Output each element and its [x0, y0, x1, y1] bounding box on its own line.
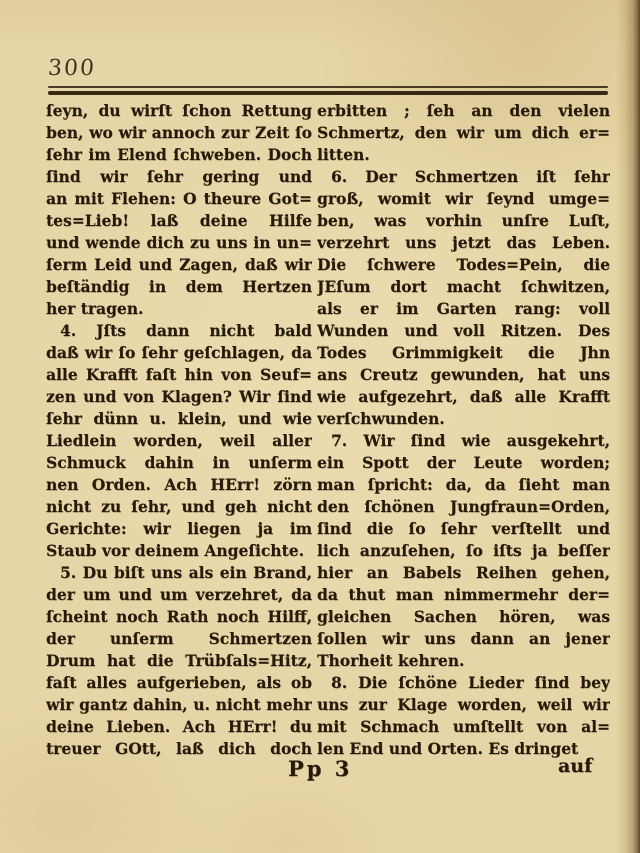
text-line: 8. Die ſchöne Lieder ſind bey	[317, 672, 610, 694]
text-line: mit Schmach umſtellt von al=	[317, 716, 610, 738]
text-line: verzehrt uns jetzt das Leben.	[317, 232, 610, 254]
text-line: 5. Du biſt uns als ein Brand,	[46, 562, 312, 584]
text-line: ſind die ſo ſehr verſtellt und heß=	[317, 518, 610, 540]
text-line: 4. Jſts dann nicht bald genug,	[46, 320, 312, 342]
text-line: beſtändig in dem Hertzen um=	[46, 276, 312, 298]
text-line: ſehr im Elend ſchweben. Doch	[46, 144, 312, 166]
page-edge-shadow	[616, 0, 640, 853]
text-line: da thut man nimmermehr der=	[317, 584, 610, 606]
text-line: ſcheint noch Rath noch Hilff,	[46, 606, 312, 628]
text-line: wir gantz dahin, u. nicht mehr	[46, 694, 312, 716]
text-line: gleichen Sachen hören, was	[317, 606, 610, 628]
text-line: 6. Der Schmertzen iſt ſehr	[317, 166, 610, 188]
text-line: her tragen.	[46, 298, 312, 320]
signature-mark: Pp 3	[288, 756, 352, 781]
text-line: deine Lieben. Ach HErr! du	[46, 716, 312, 738]
text-line: wie aufgezehrt, daß alle Krafft	[317, 386, 610, 408]
text-line: der um und um verzehret, da	[46, 584, 312, 606]
header-rule	[48, 86, 608, 95]
text-line: Gerichte: wir liegen ja im	[46, 518, 312, 540]
text-line: alle Krafft faſt hin von Seuf=	[46, 364, 312, 386]
book-page: 300 ſeyn, du wirſt ſchon Rettung ge=ben,…	[0, 0, 640, 853]
text-line: Todes Grimmigkeit die Jhn	[317, 342, 610, 364]
text-line: faſt alles aufgerieben, als ob	[46, 672, 312, 694]
text-line: lich anzuſehen, ſo iſts ja beſſer	[317, 540, 610, 562]
text-line: Drum hat die Trübſals=Hitz,	[46, 650, 312, 672]
text-line: groß, womit wir ſeynd umge=	[317, 188, 610, 210]
text-line: Liedlein worden, weil aller	[46, 430, 312, 452]
text-line: erbitten ; ſeh an den vielen	[317, 100, 610, 122]
text-line: treuer GOtt, laß dich doch eins	[46, 738, 312, 760]
text-line: 7. Wir ſind wie ausgekehrt,	[317, 430, 610, 452]
text-line: nen Orden. Ach HErr! zörn	[46, 474, 312, 496]
text-line: Schmuck dahin in unſerm rei=	[46, 452, 312, 474]
text-line: ſerm Leid und Zagen, daß wir	[46, 254, 312, 276]
text-line: tes=Lieb! laß deine Hilfe ſehen:	[46, 210, 312, 232]
text-line: man ſpricht: da, da ſieht man	[317, 474, 610, 496]
header-rule-thick	[48, 91, 608, 95]
page-number: 300	[47, 56, 97, 81]
text-line: als er im Garten rang: voll	[317, 298, 610, 320]
text-line: den ſchönen Jungfraun=Orden,	[317, 496, 610, 518]
text-line: daß wir ſo ſehr geſchlagen, da	[46, 342, 312, 364]
text-line: Thorheit kehren.	[317, 650, 610, 672]
text-line: hier an Babels Reihen gehen,	[317, 562, 610, 584]
text-line: zen und von Klagen? Wir ſind	[46, 386, 312, 408]
header-rule-thin	[48, 86, 608, 88]
text-line: uns zur Klage worden, weil wir	[317, 694, 610, 716]
text-line: ein Spott der Leute worden;	[317, 452, 610, 474]
text-line: nicht zu ſehr, und geh nicht ins	[46, 496, 312, 518]
text-line: Schmertz, den wir um dich er=	[317, 122, 610, 144]
text-column-right: erbitten ; ſeh an den vielenSchmertz, de…	[317, 100, 610, 760]
text-line: ben, wo wir annoch zur Zeit ſo	[46, 122, 312, 144]
catchword: auf	[558, 755, 592, 777]
text-line: ans Creutz gewunden, hat uns	[317, 364, 610, 386]
text-line: JEſum dort macht ſchwitzen,	[317, 276, 610, 298]
text-line: ſind wir ſehr gering und halten	[46, 166, 312, 188]
text-column-left: ſeyn, du wirſt ſchon Rettung ge=ben, wo …	[46, 100, 312, 760]
text-line: ſeyn, du wirſt ſchon Rettung ge=	[46, 100, 312, 122]
text-line: der unſerm Schmertzen wehret.	[46, 628, 312, 650]
text-line: ben, was vorhin unſre Luſt,	[317, 210, 610, 232]
text-line: Staub vor deinem Angeſichte.	[46, 540, 312, 562]
text-line: ſollen wir uns dann an jener	[317, 628, 610, 650]
text-line: Wunden und voll Ritzen. Des	[317, 320, 610, 342]
text-line: litten.	[317, 144, 610, 166]
text-line: und wende dich zu uns in un=	[46, 232, 312, 254]
text-line: Die ſchwere Todes=Pein, die	[317, 254, 610, 276]
text-line: verſchwunden.	[317, 408, 610, 430]
text-line: ſehr dünn u. klein, und wie zum	[46, 408, 312, 430]
text-line: an mit Flehen: O theure Got=	[46, 188, 312, 210]
